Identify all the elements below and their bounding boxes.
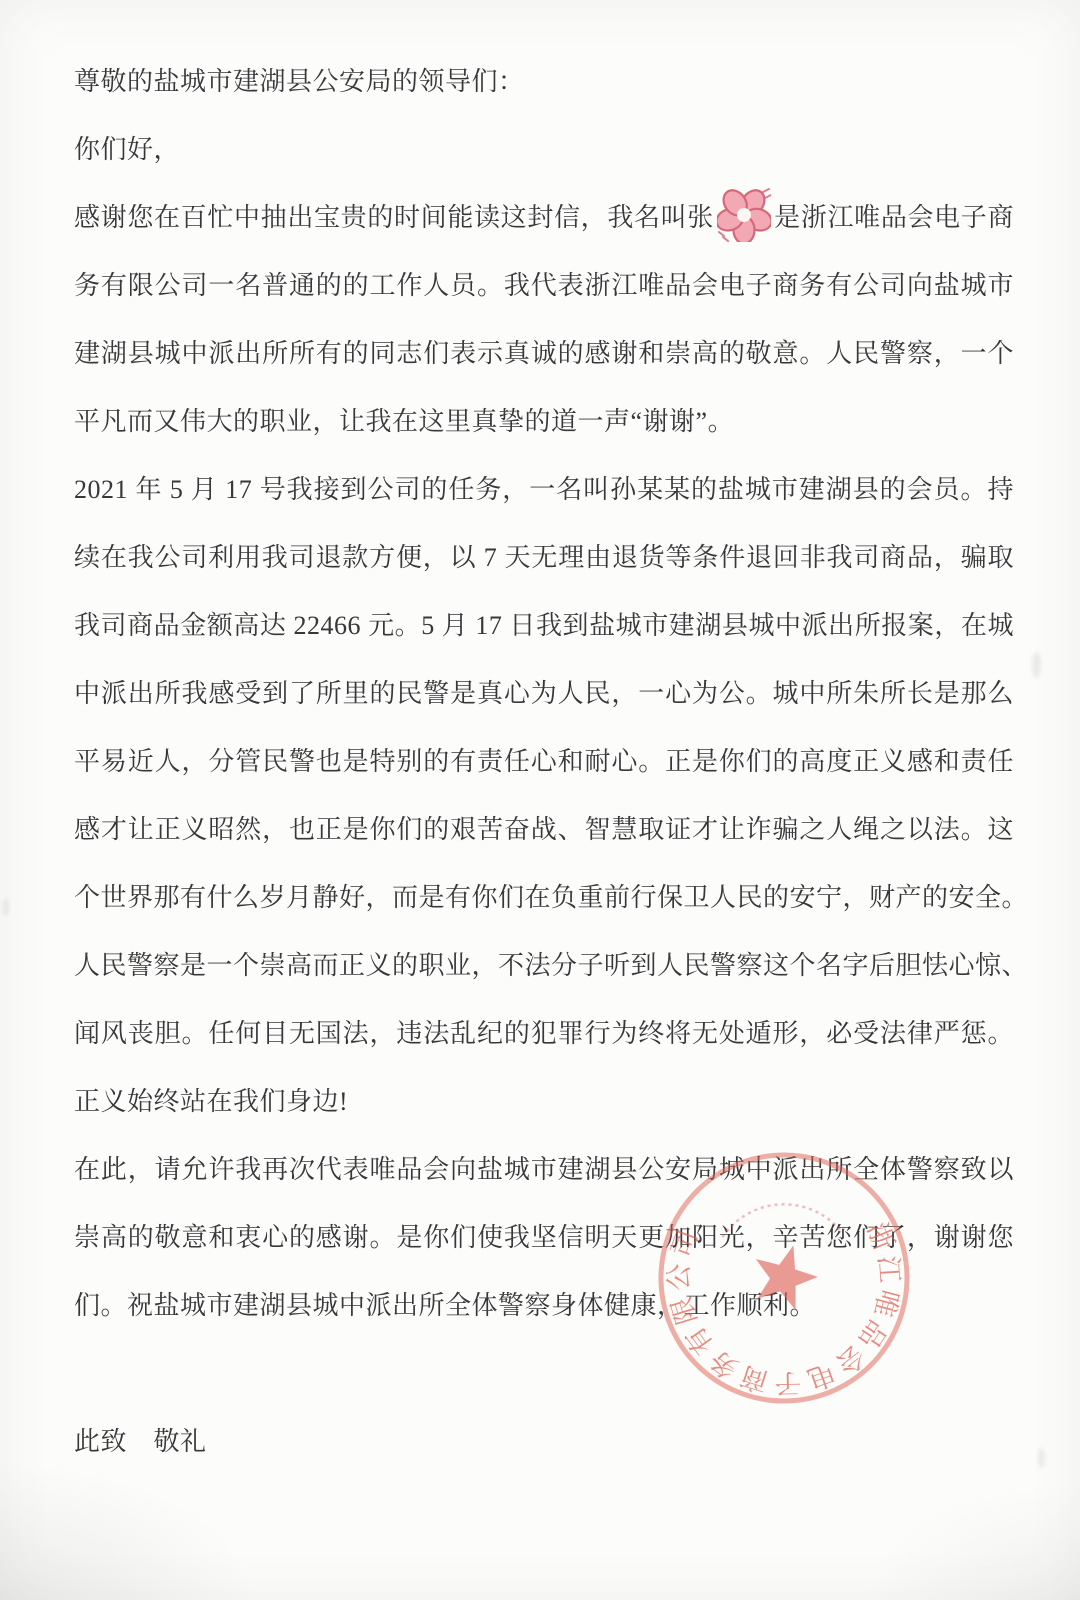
letter-line: 感才让正义昭然，也正是你们的艰苦奋战、智慧取证才让诈骗之人绳之以法。这 — [74, 796, 1014, 864]
line-text: 是浙江唯品会电子商 — [774, 203, 1014, 232]
scan-shadow-bottom-right — [860, 1480, 1080, 1600]
letter-line: 在此，请允许我再次代表唯品会向盐城市建湖县公安局城中派出所全体警察致以 — [74, 1136, 1014, 1204]
scan-artifact — [1032, 652, 1041, 678]
letter-line: 个世界那有什么岁月静好，而是有你们在负重前行保卫人民的安宁，财产的安全。 — [74, 864, 1014, 932]
letter-line: 2021 年 5 月 17 号我接到公司的任务，一名叫孙某某的盐城市建湖县的会员… — [74, 456, 1014, 524]
letter-line: 你们好， — [74, 116, 1014, 184]
scan-artifact — [3, 898, 9, 916]
letter-line: 感谢您在百忙中抽出宝贵的时间能读这封信，我名叫张 是浙江唯品会电子商 — [74, 184, 1014, 252]
letter-body: 尊敬的盐城市建湖县公安局的领导们：你们好，感谢您在百忙中抽出宝贵的时间能读这封信… — [74, 48, 1014, 1476]
scan-shadow-bottom-left — [0, 1460, 260, 1600]
scan-artifact — [1038, 1448, 1045, 1468]
letter-line: 此致 敬礼 — [74, 1408, 1014, 1476]
letter-line: 续在我公司利用我司退款方便，以 7 天无理由退货等条件退回非我司商品，骗取 — [74, 524, 1014, 592]
letter-line: 闻风丧胆。任何目无国法，违法乱纪的犯罪行为终将无处遁形，必受法律严惩。 — [74, 1000, 1014, 1068]
letter-line: 建湖县城中派出所所有的同志们表示真诚的感谢和崇高的敬意。人民警察，一个 — [74, 320, 1014, 388]
letter-line: 崇高的敬意和衷心的感谢。是你们使我坚信明天更加阳光，辛苦您们了，谢谢您 — [74, 1204, 1014, 1272]
letter-line: 务有限公司一名普通的的工作人员。我代表浙江唯品会电子商务有公司向盐城市 — [74, 252, 1014, 320]
letter-line: 们。祝盐城市建湖县城中派出所全体警察身体健康，工作顺利。 — [74, 1272, 1014, 1340]
letter-line: 平凡而又伟大的职业，让我在这里真挚的道一声“谢谢”。 — [74, 388, 1014, 456]
scanned-letter-page: 尊敬的盐城市建湖县公安局的领导们：你们好，感谢您在百忙中抽出宝贵的时间能读这封信… — [0, 0, 1080, 1600]
letter-line: 我司商品金额高达 22466 元。5 月 17 日我到盐城市建湖县城中派出所报案… — [74, 592, 1014, 660]
letter-line: 人民警察是一个崇高而正义的职业，不法分子听到人民警察这个名字后胆怯心惊、 — [74, 932, 1014, 1000]
flower-sticker-icon — [717, 184, 771, 242]
letter-line: 正义始终站在我们身边! — [74, 1068, 1014, 1136]
letter-line: 中派出所我感受到了所里的民警是真心为人民，一心为公。城中所朱所长是那么 — [74, 660, 1014, 728]
line-text: 感谢您在百忙中抽出宝贵的时间能读这封信，我名叫张 — [74, 203, 714, 232]
letter-line: 平易近人，分管民警也是特别的有责任心和耐心。正是你们的高度正义感和责任 — [74, 728, 1014, 796]
letter-line — [74, 1340, 1014, 1408]
letter-line: 尊敬的盐城市建湖县公安局的领导们： — [74, 48, 1014, 116]
